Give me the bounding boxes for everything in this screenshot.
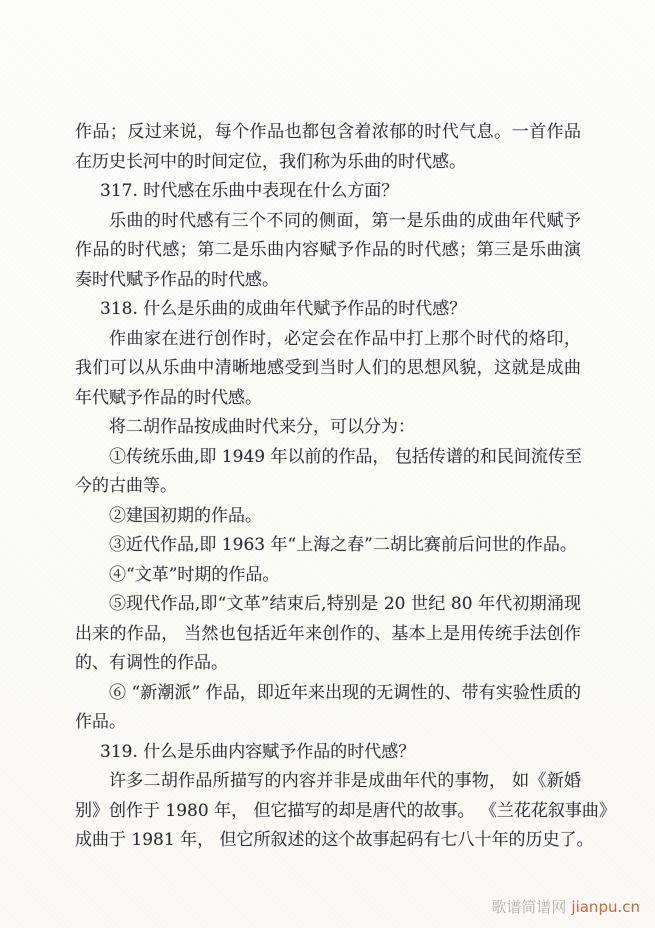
text-line: 许多二胡作品所描写的内容并非是成曲年代的事物， 如《新婚 xyxy=(75,767,581,797)
text-paragraph: ④“文革”时期的作品。 xyxy=(75,561,581,591)
watermark-site-url: jianpu.cn xyxy=(571,898,640,916)
text-paragraph: 作品；反过来说，每个作品也都包含着浓郁的时代气息。一首作品在历史长河中的时间定位… xyxy=(75,118,581,177)
text-line: ⑥ “新潮派” 作品，即近年来出现的无调性的、带有实验性质的 xyxy=(75,679,581,709)
scanned-book-page: 作品；反过来说，每个作品也都包含着浓郁的时代气息。一首作品在历史长河中的时间定位… xyxy=(0,0,655,928)
text-paragraph: 许多二胡作品所描写的内容并非是成曲年代的事物， 如《新婚别》创作于 1980 年… xyxy=(75,767,581,856)
text-line: 将二胡作品按成曲时代来分，可以分为： xyxy=(75,413,581,443)
text-paragraph: 作曲家在进行创作时，必定会在作品中打上那个时代的烙印，我们可以从乐曲中清晰地感受… xyxy=(75,325,581,414)
text-line: ④“文革”时期的作品。 xyxy=(75,561,581,591)
page-text: 作品；反过来说，每个作品也都包含着浓郁的时代气息。一首作品在历史长河中的时间定位… xyxy=(75,118,581,856)
text-line: ②建国初期的作品。 xyxy=(75,502,581,532)
text-paragraph: ③近代作品,即 1963 年“上海之春”二胡比赛前后问世的作品。 xyxy=(75,531,581,561)
question-paragraph: 318. 什么是乐曲的成曲年代赋予作品的时代感？ xyxy=(75,295,581,325)
text-paragraph: ⑥ “新潮派” 作品，即近年来出现的无调性的、带有实验性质的作品。 xyxy=(75,679,581,738)
text-line: 奏时代赋予作品的时代感。 xyxy=(75,266,581,296)
text-line: 的、有调性的作品。 xyxy=(75,649,581,679)
text-line: 成曲于 1981 年， 但它所叙述的这个故事起码有七八十年的历史了。 xyxy=(75,826,581,856)
watermark-site-name: 歌谱简谱网 xyxy=(491,898,566,916)
text-line: 作曲家在进行创作时，必定会在作品中打上那个时代的烙印， xyxy=(75,325,581,355)
text-line: 作品；反过来说，每个作品也都包含着浓郁的时代气息。一首作品 xyxy=(75,118,581,148)
text-line: ⑤现代作品,即“文革”结束后,特别是 20 世纪 80 年代初期涌现 xyxy=(75,590,581,620)
text-line: 作品的时代感；第二是乐曲内容赋予作品的时代感；第三是乐曲演 xyxy=(75,236,581,266)
text-line: 在历史长河中的时间定位，我们称为乐曲的时代感。 xyxy=(75,148,581,178)
text-paragraph: ⑤现代作品,即“文革”结束后,特别是 20 世纪 80 年代初期涌现出来的作品，… xyxy=(75,590,581,679)
watermark: 歌谱简谱网jianpu.cn xyxy=(491,897,640,917)
text-paragraph: 将二胡作品按成曲时代来分，可以分为： xyxy=(75,413,581,443)
question-paragraph: 317. 时代感在乐曲中表现在什么方面？ xyxy=(75,177,581,207)
text-line: 年代赋予作品的时代感。 xyxy=(75,384,581,414)
text-line: 乐曲的时代感有三个不同的侧面，第一是乐曲的成曲年代赋予 xyxy=(75,207,581,237)
text-paragraph: ①传统乐曲,即 1949 年以前的作品， 包括传谱的和民间流传至今的古曲等。 xyxy=(75,443,581,502)
text-paragraph: ②建国初期的作品。 xyxy=(75,502,581,532)
question-paragraph: 319. 什么是乐曲内容赋予作品的时代感？ xyxy=(75,738,581,768)
question-line: 317. 时代感在乐曲中表现在什么方面？ xyxy=(75,177,581,207)
text-line: 我们可以从乐曲中清晰地感受到当时人们的思想风貌，这就是成曲 xyxy=(75,354,581,384)
text-line: ①传统乐曲,即 1949 年以前的作品， 包括传谱的和民间流传至 xyxy=(75,443,581,473)
text-line: ③近代作品,即 1963 年“上海之春”二胡比赛前后问世的作品。 xyxy=(75,531,581,561)
text-paragraph: 乐曲的时代感有三个不同的侧面，第一是乐曲的成曲年代赋予作品的时代感；第二是乐曲内… xyxy=(75,207,581,296)
question-line: 318. 什么是乐曲的成曲年代赋予作品的时代感？ xyxy=(75,295,581,325)
text-line: 作品。 xyxy=(75,708,581,738)
text-line: 出来的作品， 当然也包括近年来创作的、基本上是用传统手法创作 xyxy=(75,620,581,650)
text-line: 今的古曲等。 xyxy=(75,472,581,502)
text-line: 别》创作于 1980 年， 但它描写的却是唐代的故事。 《兰花花叙事曲》 xyxy=(75,797,581,827)
question-line: 319. 什么是乐曲内容赋予作品的时代感？ xyxy=(75,738,581,768)
